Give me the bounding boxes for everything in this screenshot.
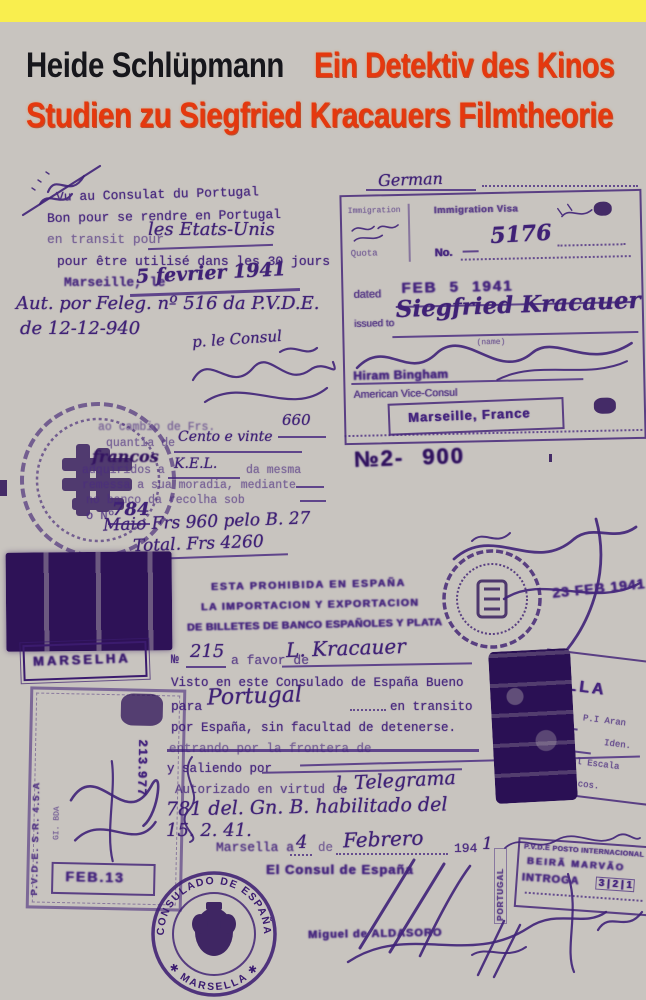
portugal-vertical-stamp: PORTUGAL <box>494 848 507 924</box>
stamp-small-line: Iden. <box>604 738 632 751</box>
ink-line <box>186 666 226 668</box>
ink-line <box>278 436 326 438</box>
marselha-stamp-box: MARSELHA <box>22 641 147 681</box>
place-stamp: Marseille, France <box>408 405 531 425</box>
feb-date-stamp: FEB.13 <box>65 868 125 885</box>
ink-line <box>350 709 386 711</box>
column-divider <box>408 204 411 262</box>
prohibition-line: LA IMPORTACION Y EXPORTACION <box>201 597 420 614</box>
inked-stamp-block <box>6 551 173 651</box>
handwritten-year-digit: 1 <box>482 834 493 854</box>
pvde-border-stamp: P.V.D.E. S.R. 4.5.A GI. BDA 213.977 FEB.… <box>26 686 187 911</box>
handwritten-destination: Portugal <box>207 682 303 710</box>
marselha-stamp: MARSELHA <box>33 650 131 668</box>
ink-line <box>463 250 479 252</box>
inked-stamp-block-right <box>488 648 578 804</box>
book-cover: Heide Schlüpmann Ein Detektiv des Kinos … <box>0 0 646 1000</box>
handwritten-holder: L. Kracauer <box>286 634 407 662</box>
ink-blot <box>594 397 616 413</box>
handwritten-entry: K.E.L. <box>174 456 217 472</box>
author-name: Heide Schlüpmann <box>26 46 284 86</box>
visa-type-label: Immigration Visa <box>434 203 519 216</box>
vertical-handwriting <box>172 752 208 844</box>
ink-line <box>290 854 312 856</box>
ink-line <box>461 255 631 261</box>
handwritten-month: Febrero <box>343 826 424 853</box>
exchange-line: remessa a sua moradia, mediante <box>82 479 296 492</box>
document-collage: Vu au Consulat du Portugal Bon pour se r… <box>0 145 646 1000</box>
issued-to-label: issued to <box>354 318 394 330</box>
handwritten-date2: de 12-12-940 <box>20 318 140 339</box>
ink-scribble <box>554 197 625 228</box>
ink-line <box>282 662 472 667</box>
ink-mark <box>549 454 552 462</box>
prohibition-line: ESTA PROHIBIDA EN ESPAÑA <box>211 577 406 593</box>
book-subtitle: Studien zu Siegfried Kracauers Filmtheor… <box>26 96 613 136</box>
handwritten-authorization: Aut. por Feleg. nº 516 da P.V.D.E. <box>16 293 319 314</box>
seal-coat-of-arms <box>192 902 236 956</box>
stamp-small-line: P.I Aran <box>582 713 626 728</box>
ink-line <box>525 892 643 902</box>
visa-number: 5176 <box>490 220 553 249</box>
ink-blot <box>121 693 164 726</box>
signer-title: American Vice-Consul <box>353 387 457 401</box>
dated-label: dated <box>353 288 381 301</box>
handwritten-sum: Cento e vinte <box>178 429 273 445</box>
handwritten-amount: 660 <box>282 411 311 429</box>
ink-line <box>366 189 476 191</box>
place-date-label: Marsella a <box>216 840 294 855</box>
ink-line <box>148 244 273 250</box>
pvde-vertical-text: P.V.D.E. S.R. 4.5.A <box>29 699 43 895</box>
ink-line <box>174 451 302 453</box>
visa-line: en transit pour <box>47 232 164 247</box>
handwritten-quota-scribble <box>348 218 404 245</box>
top-yellow-bar <box>0 0 646 22</box>
strike-through-line <box>167 749 479 752</box>
exchange-line: no banco da recolha sob <box>86 494 245 507</box>
border-stamp-line2: BEIRÃ MARVÃO <box>527 856 626 874</box>
ink-line <box>296 486 324 488</box>
ink-line <box>557 243 625 246</box>
transit-label: en transito <box>390 700 473 714</box>
handwritten-auth-line: 781 del. Gn. B. habilitado del <box>166 794 448 821</box>
us-visa-stamp-box: Immigration Quota Immigration Visa No. 5… <box>339 189 646 445</box>
ink-line <box>300 500 326 502</box>
handwritten-day: 4 <box>296 832 307 853</box>
date-stamp-box: FEB.13 <box>51 862 156 896</box>
book-title: Ein Detektiv des Kinos <box>314 46 614 86</box>
visa-serial-number: №2- 900 <box>354 443 466 473</box>
ink-line <box>482 185 638 187</box>
consul-signature-flourish <box>185 340 335 415</box>
seal-bottom-text: ✱ MARSELLA ✱ <box>166 961 262 993</box>
border-stamp-line3: INTROGA <box>521 871 579 887</box>
border-stamp-cells: 3 | 2 | 1 <box>595 877 635 893</box>
no-label: No. <box>435 247 453 259</box>
place-stamp-box: Marseille, France <box>388 397 565 436</box>
edge-mark <box>0 480 7 496</box>
svg-text:✱ MARSELLA ✱: ✱ MARSELLA ✱ <box>166 961 262 993</box>
handwritten-destination: les Etats-Unis <box>148 219 275 240</box>
handwritten-nationality: German <box>378 169 444 190</box>
exchange-line: da mesma <box>246 464 301 477</box>
visa-no-label: № <box>171 652 179 667</box>
handwritten-scrawl <box>55 740 168 872</box>
handwritten-mark <box>462 915 537 983</box>
exchange-line: adquiridos a <box>82 464 165 477</box>
ink-blot <box>594 201 612 215</box>
visa-line: por España, sin facultad de detenerse. <box>171 721 456 735</box>
prohibition-line: DE BILLETES DE BANCO ESPAÑOLES Y PLATA <box>187 616 442 633</box>
border-post-stamp: P.V.D.E POSTO INTERNACIONAL BEIRÃ MARVÃO… <box>514 837 646 917</box>
form-label: Immigration <box>348 206 401 216</box>
handwritten-visa-no: 215 <box>190 641 224 662</box>
form-label: Quota <box>351 248 378 259</box>
consul-printed-name: Miguel de ALDASORO <box>308 927 443 941</box>
